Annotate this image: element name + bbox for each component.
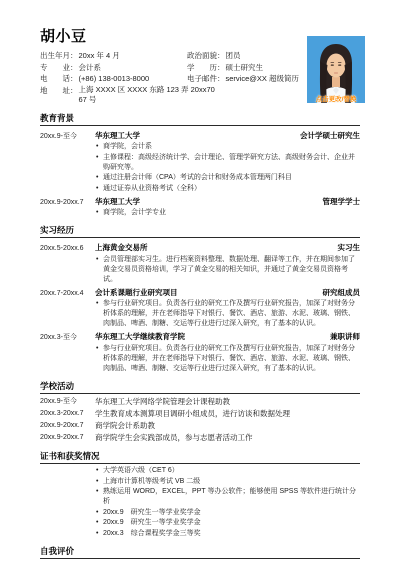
section-self-evaluation: 自我评价 [40,546,360,559]
activity-row: 20xx.9-至今 华东理工大学网络学院管理会计课程助教 [40,396,360,408]
entry-organization: 华东理工大学 [95,196,323,207]
field-value: 20xx 年 4 月 [79,50,120,62]
entry-date: 20xx.5-20xx.6 [40,243,95,254]
section-body: 20xx.9-至今 华东理工大学网络学院管理会计课程助教 20xx.3-20xx… [40,394,360,444]
activity-date: 20xx.9-至今 [40,396,95,408]
section-education: 教育背景 20xx.9-至今 华东理工大学 会计学硕士研究生 商学院，会计系 主… [40,113,360,219]
section-body: 大学英语六级（CET 6） 上海市计算机等级考试 VB 二级 熟练运用 WORD… [40,464,360,539]
field-label: 电 话： [40,73,78,85]
activity-text: 商学院会计系助教 [95,420,360,432]
address-line-1: 上海 XXXX 区 XXXX 东路 123 弄 20xx70 [79,85,215,96]
activity-date: 20xx.3-20xx.7 [40,408,95,420]
entry-position: 实习生 [338,242,361,253]
section-title-internship: 实习经历 [40,225,360,238]
bullet-list: 参与行业研究项目。负责各行业的研究工作及撰写行业研究报告，加深了对财务分析体系的… [95,344,360,374]
activity-date: 20xx.9-20xx.7 [40,432,95,444]
education-entry: 20xx.9-20xx.7 华东理工大学 管理学学士 商学院，会计学专业 [40,196,360,219]
entry-date: 20xx.9-20xx.7 [40,197,95,208]
activity-text: 商学院学生会实践部成员，参与志愿者活动工作 [95,432,360,444]
bullet-item: 通过证券从业资格考试（全科） [95,184,360,194]
field-value: 会计系 [79,62,102,74]
section-body: 20xx.9-至今 华东理工大学 会计学硕士研究生 商学院，会计系 主修课程：高… [40,126,360,219]
entry-head: 20xx.9-20xx.7 华东理工大学 管理学学士 [40,196,360,208]
entry-organization: 华东理工大学继续教育学院 [95,331,330,342]
activity-row: 20xx.9-20xx.7 商学院会计系助教 [40,420,360,432]
field-value: service@XX 超级简历 [226,73,299,85]
field-label: 政治面貌： [187,50,225,62]
bullet-item: 参与行业研究项目。负责各行业的研究工作及撰写行业研究报告，加深了对财务分析体系的… [95,344,360,374]
entry-head: 20xx.7-20xx.4 会计系课题行业研究项目 研究组成员 [40,287,360,299]
field-label: 地 址： [40,85,78,106]
activity-row: 20xx.3-20xx.7 学生教育成本测算项目调研小组成员，进行访谈和数据处理 [40,408,360,420]
section-title-certificates: 证书和获奖情况 [40,451,360,464]
entry-head: 20xx.5-20xx.6 上海黄金交易所 实习生 [40,242,360,254]
entry-position: 研究组成员 [323,287,361,298]
entry-position: 管理学学士 [323,196,361,207]
certificate-item: 20xx.3 综合课程奖学金三等奖 [95,529,360,539]
activity-row: 20xx.9-20xx.7 商学院学生会实践部成员，参与志愿者活动工作 [40,432,360,444]
entry-organization: 会计系课题行业研究项目 [95,287,323,298]
section-body: 20xx.5-20xx.6 上海黄金交易所 实习生 会员管理部实习生。进行档案资… [40,238,360,374]
field-value: 上海 XXXX 区 XXXX 东路 123 弄 20xx70 67 号 [79,85,215,106]
bullet-item: 商学院，会计系 [95,142,360,152]
bullet-item: 商学院，会计学专业 [95,208,360,218]
bullet-list: 参与行业研究项目。负责各行业的研究工作及撰写行业研究报告，加深了对财务分析体系的… [95,299,360,329]
field-value: (+86) 138-0013-8000 [79,73,150,85]
address-line-2: 67 号 [79,95,215,106]
activity-text: 华东理工大学网络学院管理会计课程助教 [95,396,360,408]
certificate-item: 20xx.9 研究生一等学业奖学金 [95,518,360,528]
education-entry: 20xx.9-至今 华东理工大学 会计学硕士研究生 商学院，会计系 主修课程：高… [40,130,360,194]
internship-entry: 20xx.7-20xx.4 会计系课题行业研究项目 研究组成员 参与行业研究项目… [40,287,360,330]
certificate-item: 20xx.9 研究生一等学业奖学金 [95,508,360,518]
field-phone: 电 话： (+86) 138-0013-8000 [40,73,187,85]
bullet-item: 通过注册会计师（CPA）考试的会计和财务成本管理两门科目 [95,173,360,183]
entry-head: 20xx.3-至今 华东理工大学继续教育学院 兼职讲师 [40,331,360,343]
section-internship: 实习经历 20xx.5-20xx.6 上海黄金交易所 实习生 会员管理部实习生。… [40,225,360,374]
person-portrait [307,36,365,103]
internship-entry: 20xx.5-20xx.6 上海黄金交易所 实习生 会员管理部实习生。进行档案资… [40,242,360,285]
field-value: 团员 [226,50,241,62]
activity-date: 20xx.9-20xx.7 [40,420,95,432]
resume-page: 胡小豆 出生年月： 20xx 年 4 月 政治面貌： 团员 专 业： 会计系 学… [0,0,400,565]
section-certificates: 证书和获奖情况 大学英语六级（CET 6） 上海市计算机等级考试 VB 二级 熟… [40,451,360,539]
field-major: 专 业： 会计系 [40,62,187,74]
bullet-item: 参与行业研究项目。负责各行业的研究工作及撰写行业研究报告，加深了对财务分析体系的… [95,299,360,329]
field-birth: 出生年月： 20xx 年 4 月 [40,50,187,62]
certificate-item: 上海市计算机等级考试 VB 二级 [95,477,360,487]
internship-entry: 20xx.3-至今 华东理工大学继续教育学院 兼职讲师 参与行业研究项目。负责各… [40,331,360,374]
entry-head: 20xx.9-至今 华东理工大学 会计学硕士研究生 [40,130,360,142]
entry-position: 会计学硕士研究生 [300,130,360,141]
section-title-activities: 学校活动 [40,381,360,394]
bullet-list: 会员管理部实习生。进行档案资料整理、数据处理、翻译等工作，并在期间参加了黄金交易… [95,255,360,285]
entry-organization: 华东理工大学 [95,130,300,141]
photo-change-caption[interactable]: 点击更改/替换 [305,94,367,103]
bullet-list: 大学英语六级（CET 6） 上海市计算机等级考试 VB 二级 熟练运用 WORD… [95,466,360,539]
bullet-item: 会员管理部实习生。进行档案资料整理、数据处理、翻译等工作，并在期间参加了黄金交易… [95,255,360,285]
field-label: 电子邮件： [187,73,225,85]
profile-photo[interactable]: 点击更改/替换 [307,36,365,103]
section-title-education: 教育背景 [40,113,360,126]
field-label: 出生年月： [40,50,78,62]
certificate-item: 熟练运用 WORD，EXCEL，PPT 等办公软件；能够使用 SPSS 等软件进… [95,487,360,507]
entry-date: 20xx.9-至今 [40,131,95,142]
entry-organization: 上海黄金交易所 [95,242,338,253]
field-address: 地 址： 上海 XXXX 区 XXXX 东路 123 弄 20xx70 67 号 [40,85,215,106]
field-value: 硕士研究生 [226,62,264,74]
entry-position: 兼职讲师 [330,331,360,342]
section-activities: 学校活动 20xx.9-至今 华东理工大学网络学院管理会计课程助教 20xx.3… [40,381,360,444]
bullet-list: 商学院，会计学专业 [95,208,360,218]
entry-date: 20xx.3-至今 [40,332,95,343]
entry-date: 20xx.7-20xx.4 [40,288,95,299]
field-label: 学 历： [187,62,225,74]
bullet-item: 主修课程：高级经济统计学、会计理论、管理学研究方法、高级财务会计、企业并购研究等… [95,153,360,173]
certificate-item: 大学英语六级（CET 6） [95,466,360,476]
field-label: 专 业： [40,62,78,74]
activity-text: 学生教育成本测算项目调研小组成员，进行访谈和数据处理 [95,408,360,420]
bullet-list: 商学院，会计系 主修课程：高级经济统计学、会计理论、管理学研究方法、高级财务会计… [95,142,360,194]
section-title-self-evaluation: 自我评价 [40,546,360,559]
